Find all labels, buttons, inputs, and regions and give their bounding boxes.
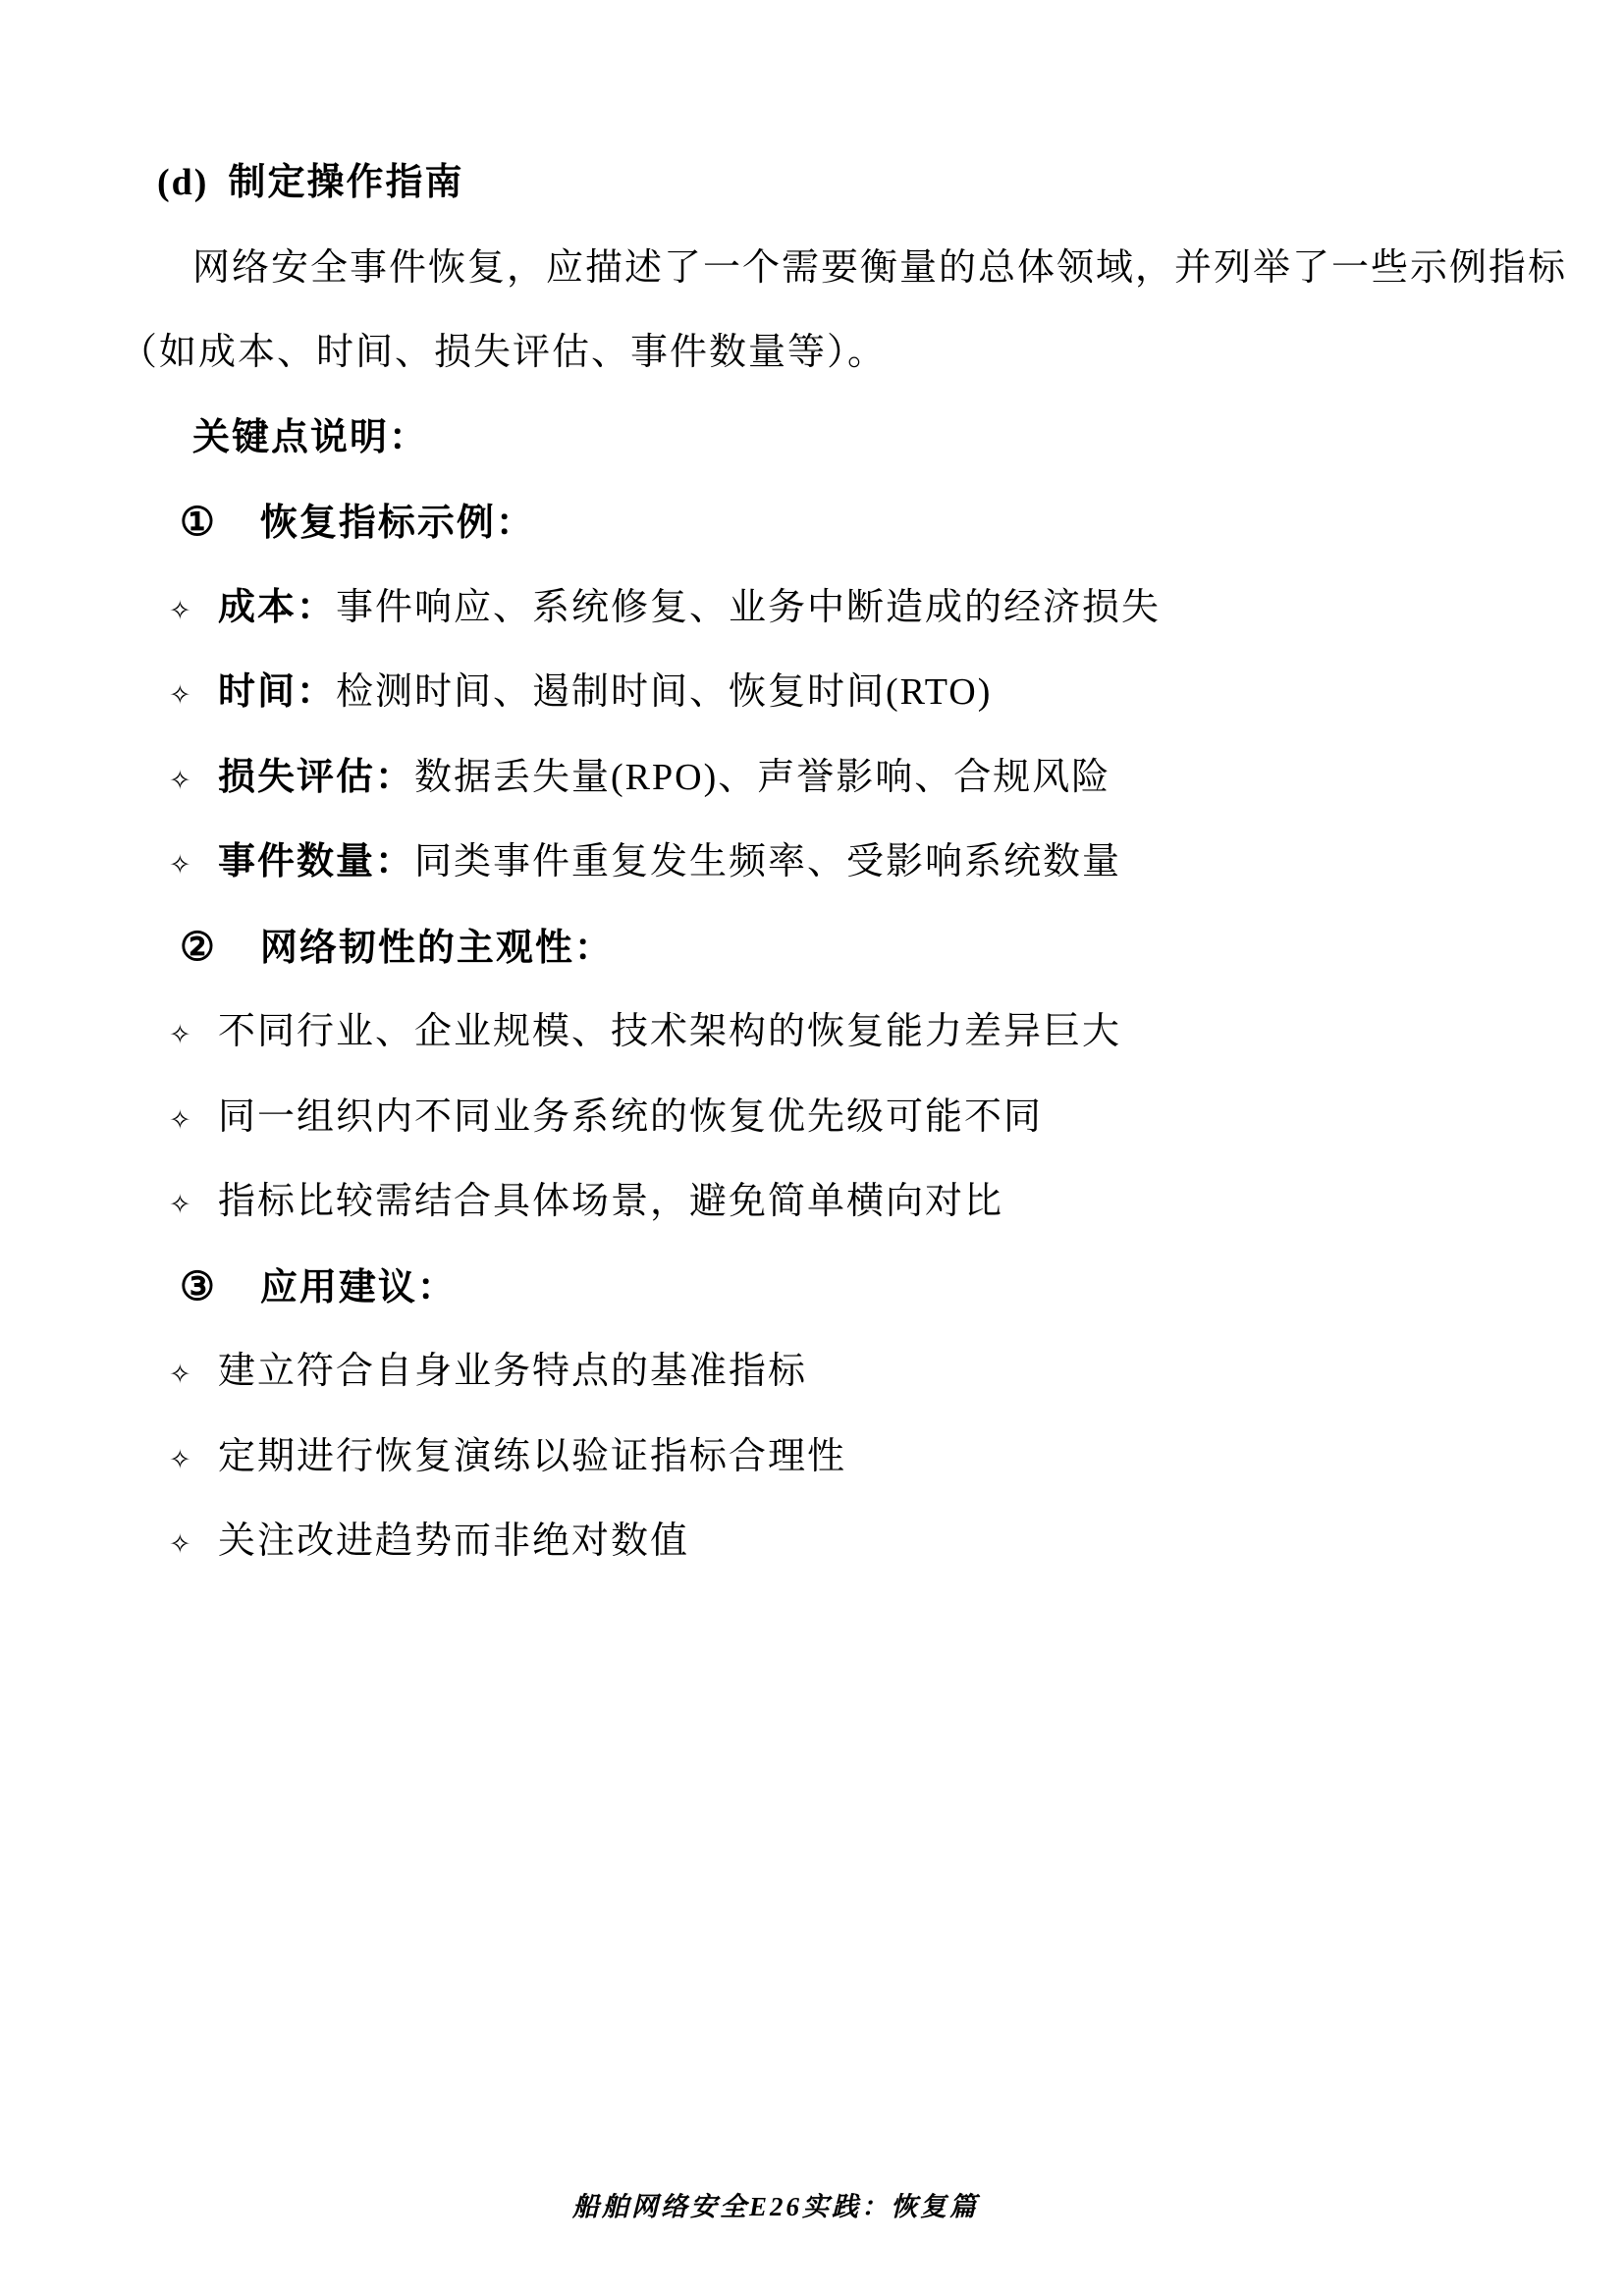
bullet-label: 事件数量： xyxy=(218,841,414,882)
bullet-label: 时间： xyxy=(218,671,336,713)
bullet-label: 损失评估： xyxy=(218,757,414,798)
bullet-item-cost: ✧成本：事件响应、系统修复、业务中断造成的经济损失 xyxy=(120,565,1542,651)
section-1-title: 恢复指标示例： xyxy=(260,503,535,544)
heading-title: 制定操作指南 xyxy=(228,162,463,203)
bullet-item-context-comparison: ✧指标比较需结合具体场景，避免简单横向对比 xyxy=(120,1159,1542,1245)
bullet-item-baseline-metrics: ✧建立符合自身业务特点的基准指标 xyxy=(120,1329,1542,1415)
bullet-item-improvement-trend: ✧关注改进趋势而非绝对数值 xyxy=(120,1499,1542,1584)
key-points-label: 关键点说明： xyxy=(120,396,1542,481)
intro-text-1: 网络安全事件恢复，应描述了一个需要衡量的总体领域，并列举了一些示例指标 xyxy=(192,247,1567,289)
bullet-item-incident-count: ✧事件数量：同类事件重复发生频率、受影响系统数量 xyxy=(120,820,1542,905)
diamond-bullet-icon: ✧ xyxy=(169,992,218,1078)
bullet-text: 指标比较需结合具体场景，避免简单横向对比 xyxy=(218,1181,1003,1222)
key-points-label-text: 关键点说明： xyxy=(192,417,428,458)
bullet-item-recovery-drills: ✧定期进行恢复演练以验证指标合理性 xyxy=(120,1415,1542,1500)
footer-text: 船舶网络安全E26实践：恢复篇 xyxy=(572,2192,979,2221)
bullet-text: 数据丢失量(RPO)、声誉影响、合规风险 xyxy=(414,757,1110,798)
bullet-text: 同类事件重复发生频率、受影响系统数量 xyxy=(414,841,1121,882)
diamond-bullet-icon: ✧ xyxy=(169,1502,218,1587)
diamond-bullet-icon: ✧ xyxy=(169,1332,218,1417)
heading-prefix: (d) xyxy=(157,162,208,203)
bullet-item-industry-difference: ✧不同行业、企业规模、技术架构的恢复能力差异巨大 xyxy=(120,989,1542,1075)
diamond-bullet-icon: ✧ xyxy=(169,1162,218,1248)
bullet-text: 检测时间、遏制时间、恢复时间(RTO) xyxy=(336,671,992,713)
section-1-heading: ①恢复指标示例： xyxy=(120,480,1542,565)
diamond-bullet-icon: ✧ xyxy=(169,1078,218,1163)
bullet-text: 建立符合自身业务特点的基准指标 xyxy=(218,1351,807,1392)
bullet-label: 成本： xyxy=(218,587,336,628)
intro-text-2: （如成本、时间、损失评估、事件数量等）。 xyxy=(120,332,887,373)
document-body: (d)制定操作指南 网络安全事件恢复，应描述了一个需要衡量的总体领域，并列举了一… xyxy=(120,140,1542,1584)
section-2-title: 网络韧性的主观性： xyxy=(260,928,614,969)
intro-paragraph-line-2: （如成本、时间、损失评估、事件数量等）。 xyxy=(120,310,1542,396)
document-page: (d)制定操作指南 网络安全事件恢复，应描述了一个需要衡量的总体领域，并列举了一… xyxy=(0,0,1624,2296)
bullet-text: 定期进行恢复演练以验证指标合理性 xyxy=(218,1436,846,1477)
diamond-bullet-icon: ✧ xyxy=(169,823,218,908)
diamond-bullet-icon: ✧ xyxy=(169,568,218,654)
bullet-item-loss-assessment: ✧损失评估：数据丢失量(RPO)、声誉影响、合规风险 xyxy=(120,735,1542,821)
intro-paragraph-line-1: 网络安全事件恢复，应描述了一个需要衡量的总体领域，并列举了一些示例指标 xyxy=(120,226,1542,311)
bullet-text: 同一组织内不同业务系统的恢复优先级可能不同 xyxy=(218,1096,1043,1138)
section-3-title: 应用建议： xyxy=(260,1267,457,1308)
section-3-heading: ③应用建议： xyxy=(120,1245,1542,1330)
circled-number-3-icon: ③ xyxy=(180,1245,217,1330)
bullet-text: 不同行业、企业规模、技术架构的恢复能力差异巨大 xyxy=(218,1011,1121,1052)
bullet-item-time: ✧时间：检测时间、遏制时间、恢复时间(RTO) xyxy=(120,650,1542,735)
bullet-text: 事件响应、系统修复、业务中断造成的经济损失 xyxy=(336,587,1161,628)
section-heading: (d)制定操作指南 xyxy=(120,140,1542,226)
diamond-bullet-icon: ✧ xyxy=(169,1417,218,1503)
diamond-bullet-icon: ✧ xyxy=(169,738,218,824)
page-footer: 船舶网络安全E26实践：恢复篇 xyxy=(0,2177,1551,2236)
diamond-bullet-icon: ✧ xyxy=(169,653,218,738)
bullet-item-priority-difference: ✧同一组织内不同业务系统的恢复优先级可能不同 xyxy=(120,1075,1542,1160)
circled-number-2-icon: ② xyxy=(180,905,217,990)
circled-number-1-icon: ① xyxy=(180,480,217,565)
section-2-heading: ②网络韧性的主观性： xyxy=(120,905,1542,990)
bullet-text: 关注改进趋势而非绝对数值 xyxy=(218,1521,689,1562)
